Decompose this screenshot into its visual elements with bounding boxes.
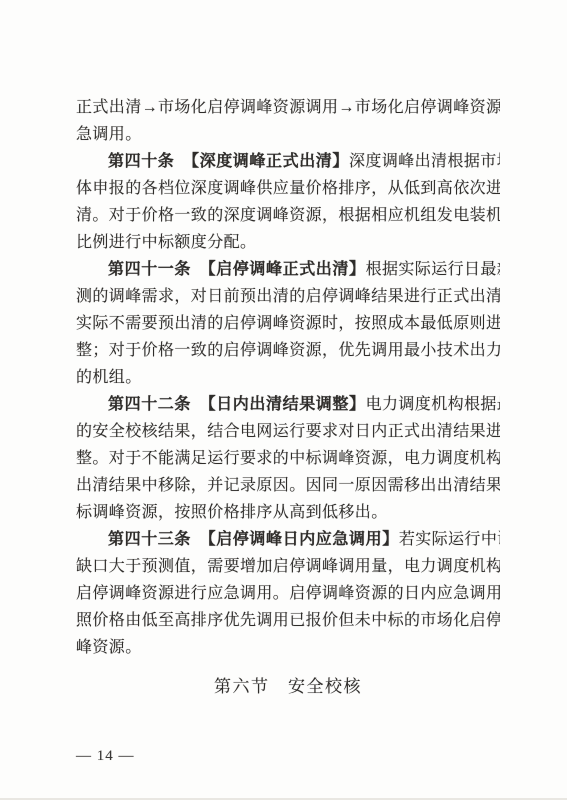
body-line: 清。对于价格一致的深度调峰资源，根据相应机组发电装机容量 [76, 202, 500, 229]
article-43-title-bold: 第四十三条 【启停调峰日内应急调用】 [108, 531, 399, 548]
body-line: 整。对于不能满足运行要求的中标调峰资源，电力调度机构可从 [76, 445, 500, 472]
article-40-title-bold: 第四十条 【深度调峰正式出清】 [108, 153, 349, 170]
body-line: 照价格由低至高排序优先调用已报价但未中标的市场化启停调 [76, 607, 500, 634]
body-line: 启停调峰资源进行应急调用。启停调峰资源的日内应急调用应按 [76, 580, 500, 607]
article-line-text: 电力调度机构根据最新 [366, 396, 500, 413]
section-heading: 第六节 安全校核 [76, 673, 500, 700]
article-41-line: 第四十一条 【启停调峰正式出清】根据实际运行日最新预 [76, 256, 500, 283]
body-line: 测的调峰需求，对日前预出清的启停调峰结果进行正式出清。当 [76, 283, 500, 310]
article-41-title-bold: 第四十一条 【启停调峰正式出清】 [108, 261, 366, 278]
body-line: 出清结果中移除，并记录原因。因同一原因需移出出清结果的中 [76, 472, 500, 499]
body-line: 体申报的各档位深度调峰供应量价格排序，从低到高依次进行出 [76, 175, 500, 202]
article-42-title-bold: 第四十二条 【日内出清结果调整】 [108, 396, 366, 413]
article-40-line: 第四十条 【深度调峰正式出清】深度调峰出清根据市场主 [76, 148, 500, 175]
body-line: 整；对于价格一致的启停调峰资源，优先调用最小技术出力较高 [76, 337, 500, 364]
body-line: 标调峰资源，按照价格排序从高到低移出。 [76, 499, 500, 526]
body-line: 的机组。 [76, 364, 500, 391]
article-line-text: 根据实际运行日最新预 [366, 261, 500, 278]
body-line: 急调用。 [76, 121, 500, 148]
page-number: — 14 — [76, 746, 135, 766]
body-line: 正式出清→市场化启停调峰资源调用→市场化启停调峰资源应 [76, 94, 500, 121]
document-body: 正式出清→市场化启停调峰资源调用→市场化启停调峰资源应 急调用。 第四十条 【深… [76, 94, 500, 700]
document-page: 正式出清→市场化启停调峰资源调用→市场化启停调峰资源应 急调用。 第四十条 【深… [0, 0, 567, 800]
body-line: 比例进行中标额度分配。 [76, 229, 500, 256]
body-line: 缺口大于预测值，需要增加启停调峰调用量，电力调度机构可对 [76, 553, 500, 580]
article-42-line: 第四十二条 【日内出清结果调整】电力调度机构根据最新 [76, 391, 500, 418]
article-line-text: 若实际运行中调峰 [399, 531, 500, 548]
article-43-line: 第四十三条 【启停调峰日内应急调用】若实际运行中调峰 [76, 526, 500, 553]
body-line: 实际不需要预出清的启停调峰资源时，按照成本最低原则进行调 [76, 310, 500, 337]
body-line: 峰资源。 [76, 634, 500, 661]
body-line: 的安全校核结果，结合电网运行要求对日内正式出清结果进行调 [76, 418, 500, 445]
article-line-text: 深度调峰出清根据市场主 [349, 153, 500, 170]
